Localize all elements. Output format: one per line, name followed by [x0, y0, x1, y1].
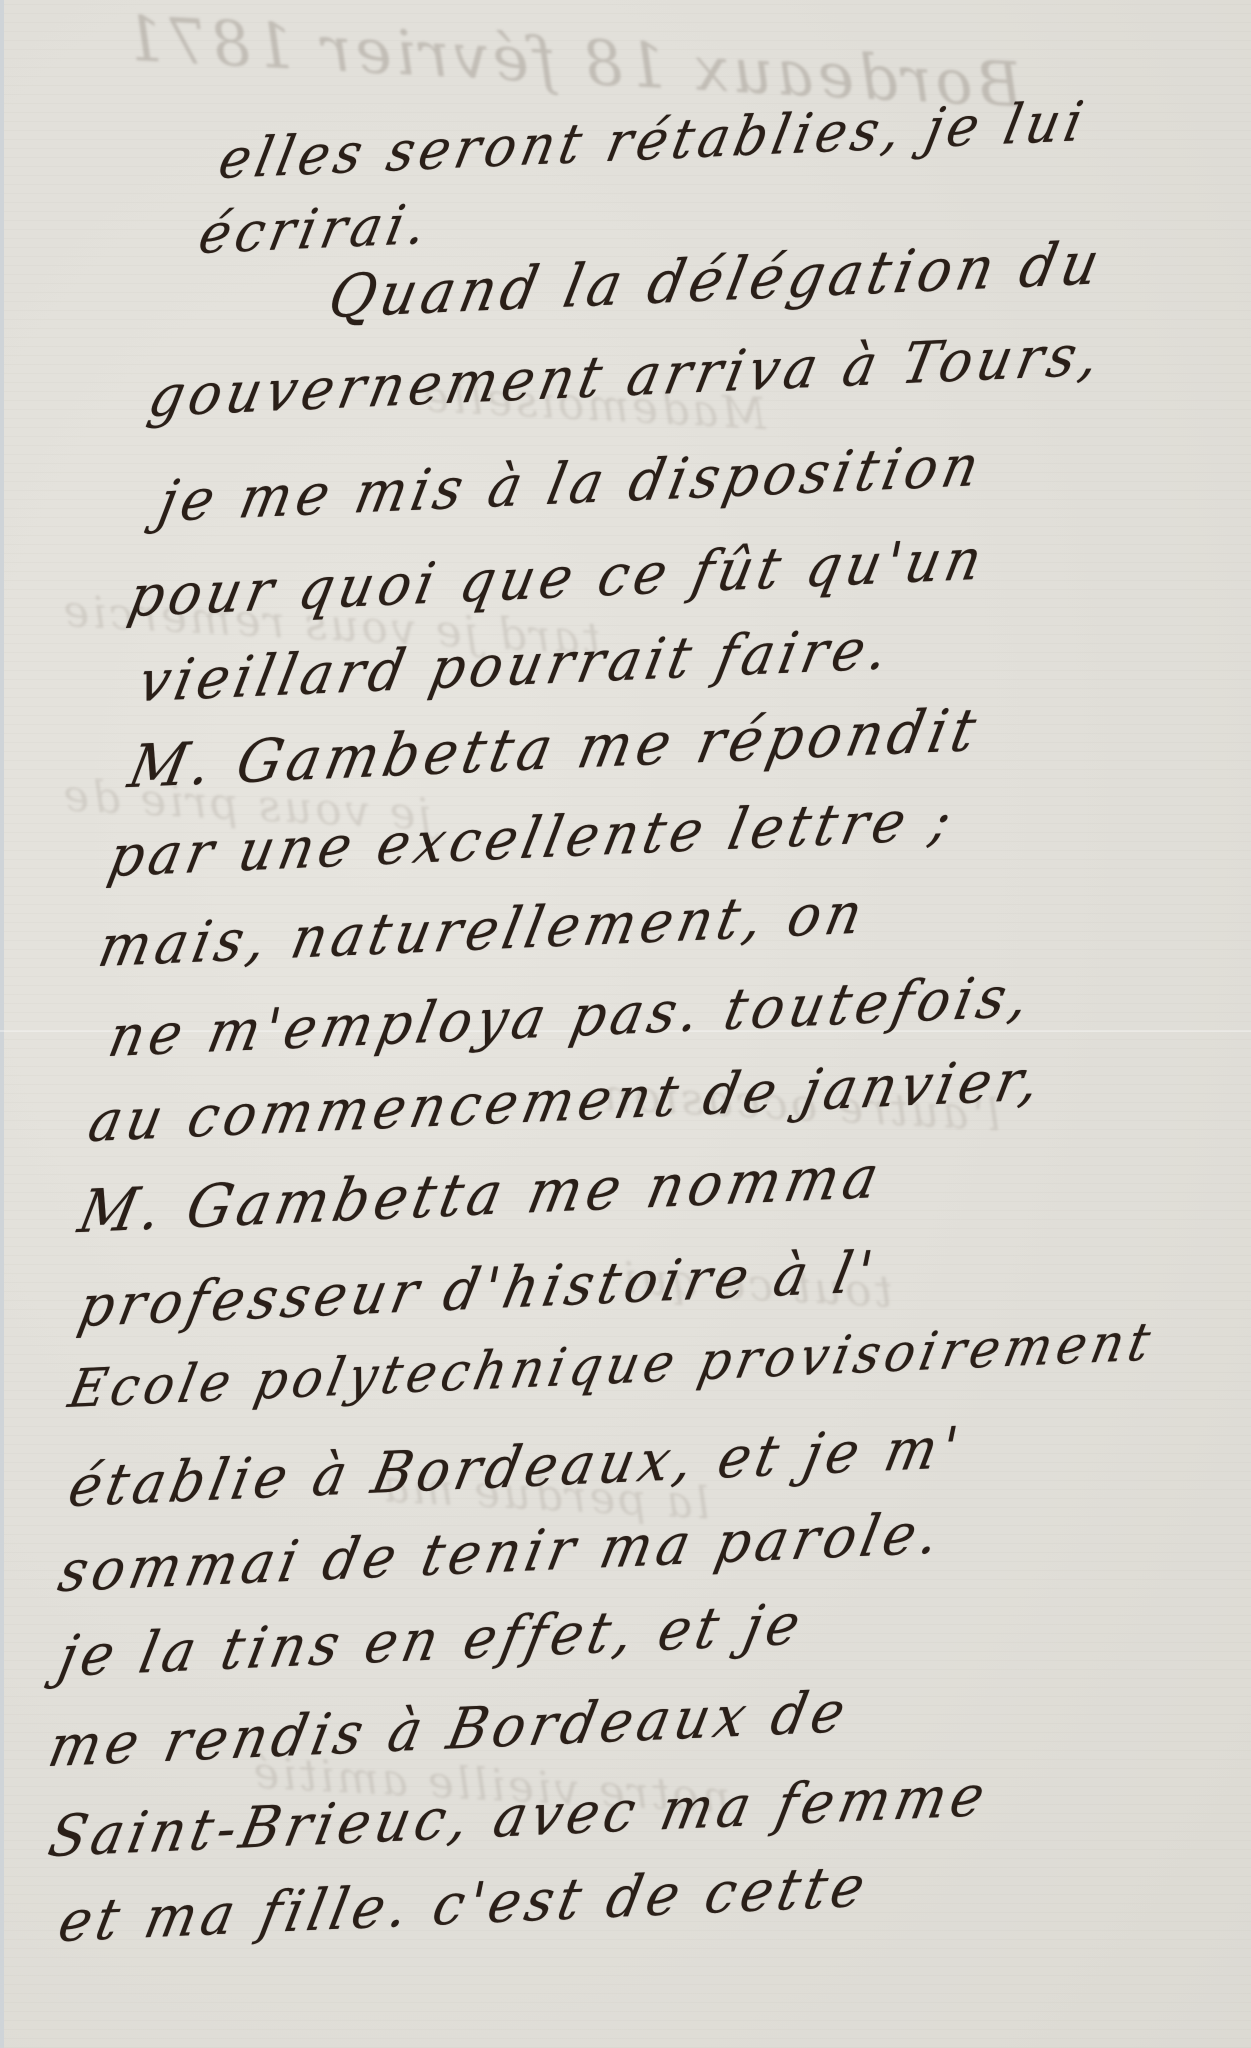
letter-line: elles seront rétablies, je lui: [214, 90, 1093, 191]
letter-line: M. Gambetta me répondit: [123, 696, 986, 802]
letter-line: et ma fille. c'est de cette: [53, 1853, 875, 1955]
letter-line: je me mis à la disposition: [153, 432, 989, 535]
letter-page: Bordeaux 18 février 1871 Mademoiselle ta…: [0, 0, 1251, 2048]
letter-line: professeur d'histoire à l': [73, 1238, 883, 1340]
page-edge: [0, 0, 4, 2048]
letter-line: Quand la délégation du: [323, 229, 1110, 332]
letter-line: je la tins en effet, et je: [53, 1591, 810, 1690]
letter-line: écrirai.: [194, 193, 437, 267]
letter-line: mais, naturellement, on: [93, 880, 873, 980]
letter-line: M. Gambetta me nomma: [73, 1143, 889, 1247]
